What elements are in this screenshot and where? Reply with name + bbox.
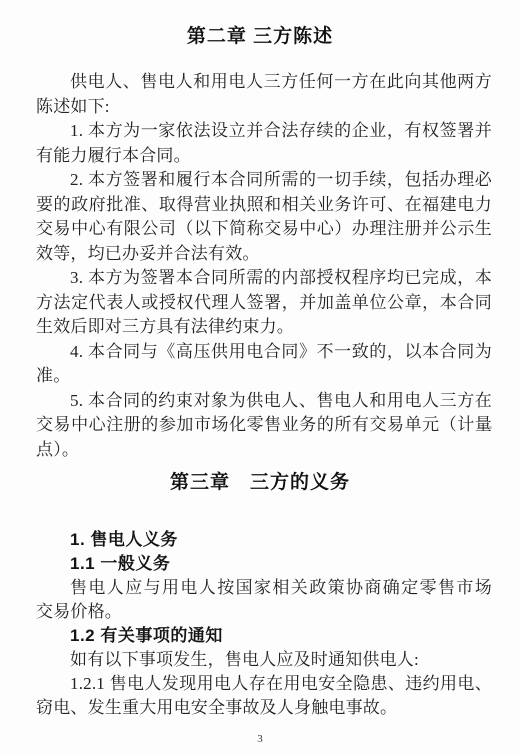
- chapter-3-body: 1. 售电人义务1.1 一般义务售电人应与用电人按国家相关政策协商确定零售市场交…: [36, 528, 492, 720]
- text-line: 如有以下事项发生，售电人应及时通知供电人:: [36, 648, 492, 672]
- chapter-3-heading: 第三章 三方的义务: [0, 470, 520, 496]
- chapter-2-heading: 第二章 三方陈述: [0, 0, 520, 50]
- text-line: 要的政府批准、取得营业执照和相关业务许可、在福建电力: [36, 193, 492, 218]
- text-line: 方法定代表人或授权代理人签署，并加盖单位公章，本合同: [36, 291, 492, 316]
- text-line: 1. 售电人义务: [36, 528, 492, 552]
- document-page: 第二章 三方陈述 供电人、售电人和用电人三方任何一方在此向其他两方陈述如下:1.…: [0, 0, 520, 755]
- text-line: 窃电、发生重大用电安全事故及人身触电事故。: [36, 696, 492, 720]
- text-line: 1.2.1 售电人发现用电人存在用电安全隐患、违约用电、: [36, 672, 492, 696]
- chapter-2-body: 供电人、售电人和用电人三方任何一方在此向其他两方陈述如下:1. 本方为一家依法设…: [36, 70, 492, 462]
- text-line: 交易中心有限公司（以下简称交易中心）办理注册并公示生: [36, 217, 492, 242]
- text-line: 5. 本合同的约束对象为供电人、售电人和用电人三方在: [36, 389, 492, 414]
- text-line: 供电人、售电人和用电人三方任何一方在此向其他两方: [36, 70, 492, 95]
- text-line: 1.2 有关事项的通知: [36, 624, 492, 648]
- text-line: 交易中心注册的参加市场化零售业务的所有交易单元（计量: [36, 413, 492, 438]
- text-line: 4. 本合同与《高压供用电合同》不一致的，以本合同为: [36, 340, 492, 365]
- text-line: 点）。: [36, 438, 492, 463]
- text-line: 陈述如下:: [36, 95, 492, 120]
- text-line: 3. 本方为签署本合同所需的内部授权程序均已完成，本: [36, 266, 492, 291]
- scan-speck: [489, 426, 492, 429]
- text-line: 效等，均已办妥并合法有效。: [36, 242, 492, 267]
- text-line: 1. 本方为一家依法设立并合法存续的企业，有权签署并: [36, 119, 492, 144]
- text-line: 2. 本方签署和履行本合同所需的一切手续，包括办理必: [36, 168, 492, 193]
- text-line: 交易价格。: [36, 600, 492, 624]
- text-line: 1.1 一般义务: [36, 552, 492, 576]
- text-line: 有能力履行本合同。: [36, 144, 492, 169]
- text-line: 准。: [36, 364, 492, 389]
- text-line: 生效后即对三方具有法律约束力。: [36, 315, 492, 340]
- text-line: 售电人应与用电人按国家相关政策协商确定零售市场: [36, 576, 492, 600]
- page-number: 3: [0, 733, 520, 745]
